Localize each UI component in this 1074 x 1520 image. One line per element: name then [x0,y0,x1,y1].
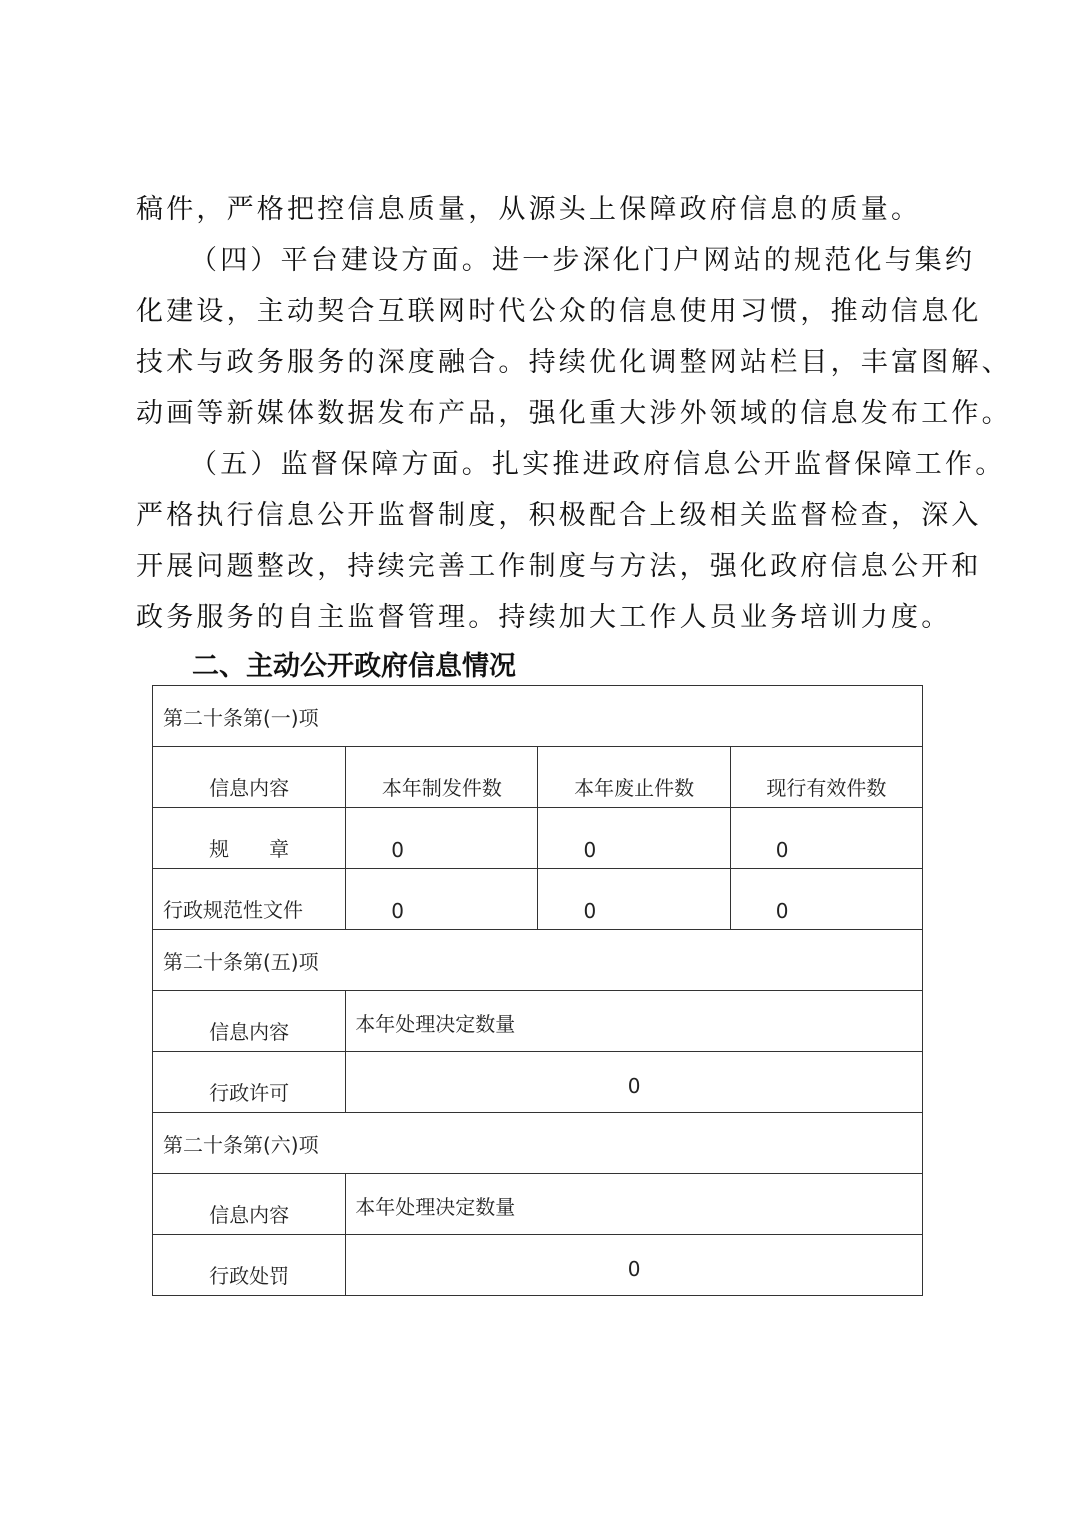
table-row: 行政规范性文件 0 0 0 [153,869,923,930]
paragraph-line: 政务服务的自主监督管理。持续加大工作人员业务培训力度。 [136,592,946,643]
table-section-row: 第二十条第(六)项 [153,1113,923,1174]
section-title: 第二十条第(六)项 [153,1113,923,1174]
paragraph-line: （四）平台建设方面。进一步深化门户网站的规范化与集约 [190,235,1000,286]
cell-value: 0 [731,899,922,929]
cell-value: 0 [346,899,537,929]
cell-value: 0 [346,1074,922,1112]
column-header: 本年制发件数 [346,772,537,807]
table-row: 行政许可 0 [153,1052,923,1113]
cell-value: 0 [731,838,922,868]
column-header: 现行有效件数 [731,772,922,807]
cell-value: 0 [346,838,537,868]
table-header-row: 信息内容 本年处理决定数量 [153,991,923,1052]
cell-value: 0 [538,838,729,868]
table-header-row: 信息内容 本年制发件数 本年废止件数 现行有效件数 [153,747,923,808]
table-section-row: 第二十条第(五)项 [153,930,923,991]
column-header: 本年处理决定数量 [346,1191,922,1234]
section-heading: 二、主动公开政府信息情况 [192,644,516,683]
paragraph-line: 动画等新媒体数据发布产品，强化重大涉外领域的信息发布工作。 [136,388,946,439]
section-title: 第二十条第(五)项 [153,930,923,991]
table-header-row: 信息内容 本年处理决定数量 [153,1174,923,1235]
column-header: 信息内容 [153,1016,345,1051]
info-disclosure-table: 第二十条第(一)项 信息内容 本年制发件数 本年废止件数 现行有效件数 规 章 … [152,685,923,1296]
paragraph-line: 化建设，主动契合互联网时代公众的信息使用习惯，推动信息化 [136,286,946,337]
section-title: 第二十条第(一)项 [153,686,923,747]
paragraph-line: 开展问题整改，持续完善工作制度与方法，强化政府信息公开和 [136,541,946,592]
column-header: 本年处理决定数量 [346,1008,922,1051]
row-label: 行政许可 [153,1077,345,1112]
table-row: 行政处罚 0 [153,1235,923,1296]
row-label: 行政处罚 [153,1260,345,1295]
cell-value: 0 [346,1257,922,1295]
paragraph-line: 技术与政务服务的深度融合。持续优化调整网站栏目，丰富图解、 [136,337,946,388]
table-row: 规 章 0 0 0 [153,808,923,869]
column-header: 信息内容 [153,1199,345,1234]
table-section-row: 第二十条第(一)项 [153,686,923,747]
cell-value: 0 [538,899,729,929]
paragraph-line: 严格执行信息公开监督制度，积极配合上级相关监督检查，深入 [136,490,946,541]
row-label: 规 章 [153,833,345,868]
row-label: 行政规范性文件 [153,894,345,929]
column-header: 本年废止件数 [538,772,729,807]
column-header: 信息内容 [153,772,345,807]
paragraph-line: 稿件，严格把控信息质量，从源头上保障政府信息的质量。 [136,184,946,235]
paragraph-line: （五）监督保障方面。扎实推进政府信息公开监督保障工作。 [190,439,1000,490]
